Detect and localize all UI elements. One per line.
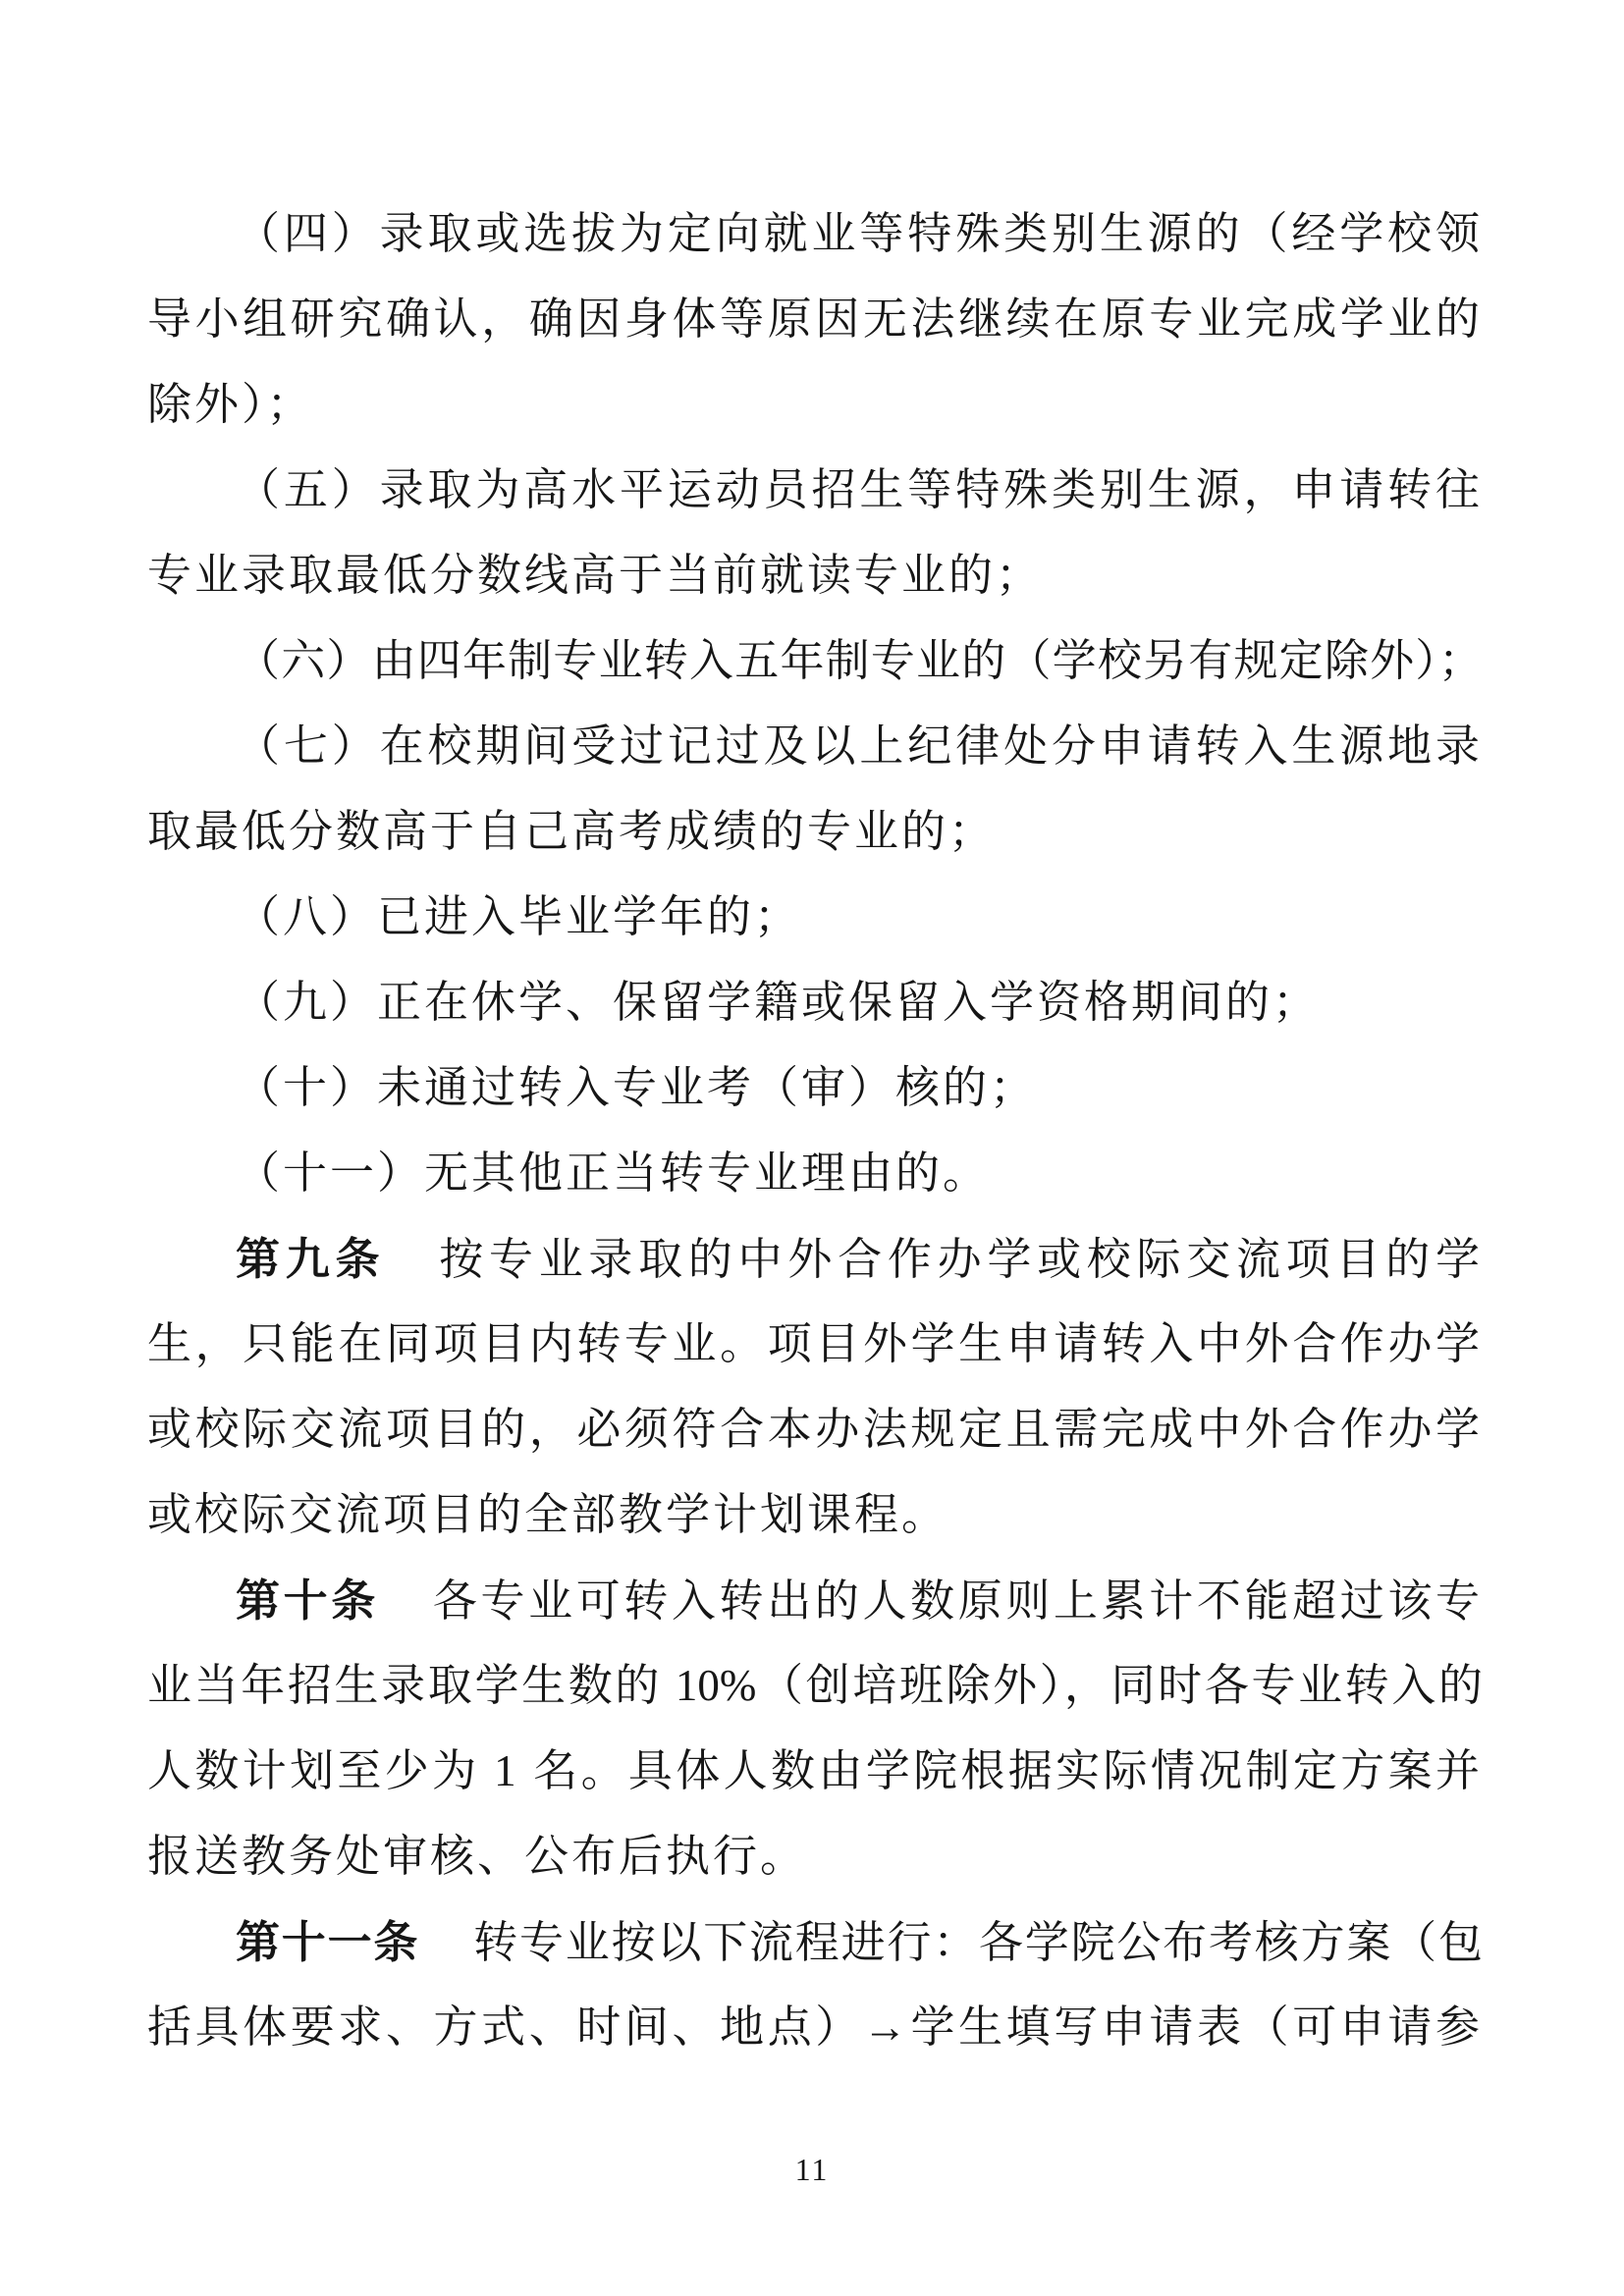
article-heading: 第九条 xyxy=(236,1234,385,1284)
line-text: 各专业可转入转出的人数原则上累计不能超过该专 xyxy=(433,1576,1483,1626)
text-line: （十一）无其他正当转专业理由的。 xyxy=(147,1131,1483,1216)
text-line: （八）已进入毕业学年的； xyxy=(147,875,1483,960)
text-line: 生，只能在同项目内转专业。项目外学生申请转入中外合作办学 xyxy=(147,1302,1483,1387)
text-line: （九）正在休学、保留学籍或保留入学资格期间的； xyxy=(147,960,1483,1045)
article-heading: 第十一条 xyxy=(236,1917,419,1967)
document-body: （四）录取或选拔为定向就业等特殊类别生源的（经学校领导小组研究确认，确因身体等原… xyxy=(147,191,1483,2070)
paragraph: （九）正在休学、保留学籍或保留入学资格期间的； xyxy=(147,960,1483,1045)
text-line: （五）录取为高水平运动员招生等特殊类别生源，申请转往 xyxy=(147,448,1483,533)
text-line: （四）录取或选拔为定向就业等特殊类别生源的（经学校领 xyxy=(147,191,1483,277)
paragraph: （七）在校期间受过记过及以上纪律处分申请转入生源地录取最低分数高于自己高考成绩的… xyxy=(147,704,1483,875)
paragraph: （十）未通过转入专业考（审）核的； xyxy=(147,1045,1483,1131)
line-text: 转专业按以下流程进行：各学院公布考核方案（包 xyxy=(473,1918,1483,1967)
page-number: 11 xyxy=(0,2150,1624,2189)
paragraph: （八）已进入毕业学年的； xyxy=(147,875,1483,960)
text-line: 第十条各专业可转入转出的人数原则上累计不能超过该专 xyxy=(147,1558,1483,1643)
text-line: 第九条按专业录取的中外合作办学或校际交流项目的学 xyxy=(147,1216,1483,1302)
text-line: 取最低分数高于自己高考成绩的专业的； xyxy=(147,789,1483,875)
text-line: 或校际交流项目的全部教学计划课程。 xyxy=(147,1472,1483,1558)
text-line: 人数计划至少为 1 名。具体人数由学院根据实际情况制定方案并 xyxy=(147,1729,1483,1814)
document-page: （四）录取或选拔为定向就业等特殊类别生源的（经学校领导小组研究确认，确因身体等原… xyxy=(0,0,1624,2296)
paragraph: （五）录取为高水平运动员招生等特殊类别生源，申请转往专业录取最低分数线高于当前就… xyxy=(147,448,1483,618)
paragraph: （六）由四年制专业转入五年制专业的（学校另有规定除外）； xyxy=(147,618,1483,704)
text-line: 业当年招生录取学生数的 10%（创培班除外），同时各专业转入的 xyxy=(147,1643,1483,1729)
paragraph: （十一）无其他正当转专业理由的。 xyxy=(147,1131,1483,1216)
paragraph: 第十一条转专业按以下流程进行：各学院公布考核方案（包括具体要求、方式、时间、地点… xyxy=(147,1899,1483,2070)
text-line: 第十一条转专业按以下流程进行：各学院公布考核方案（包 xyxy=(147,1899,1483,1985)
paragraph: （四）录取或选拔为定向就业等特殊类别生源的（经学校领导小组研究确认，确因身体等原… xyxy=(147,191,1483,448)
text-line: （十）未通过转入专业考（审）核的； xyxy=(147,1045,1483,1131)
text-line: 导小组研究确认，确因身体等原因无法继续在原专业完成学业的 xyxy=(147,277,1483,362)
paragraph: 第十条各专业可转入转出的人数原则上累计不能超过该专业当年招生录取学生数的 10%… xyxy=(147,1558,1483,1899)
line-text: 按专业录取的中外合作办学或校际交流项目的学 xyxy=(439,1235,1483,1284)
paragraph: 第九条按专业录取的中外合作办学或校际交流项目的学生，只能在同项目内转专业。项目外… xyxy=(147,1216,1483,1558)
text-line: （六）由四年制专业转入五年制专业的（学校另有规定除外）； xyxy=(147,618,1483,704)
text-line: 或校际交流项目的，必须符合本办法规定且需完成中外合作办学 xyxy=(147,1387,1483,1472)
article-heading: 第十条 xyxy=(236,1575,379,1626)
text-line: 除外）； xyxy=(147,362,1483,448)
text-line: （七）在校期间受过记过及以上纪律处分申请转入生源地录 xyxy=(147,704,1483,789)
text-line: 专业录取最低分数线高于当前就读专业的； xyxy=(147,533,1483,618)
text-line: 报送教务处审核、公布后执行。 xyxy=(147,1814,1483,1899)
text-line: 括具体要求、方式、时间、地点）→学生填写申请表（可申请参 xyxy=(147,1985,1483,2070)
